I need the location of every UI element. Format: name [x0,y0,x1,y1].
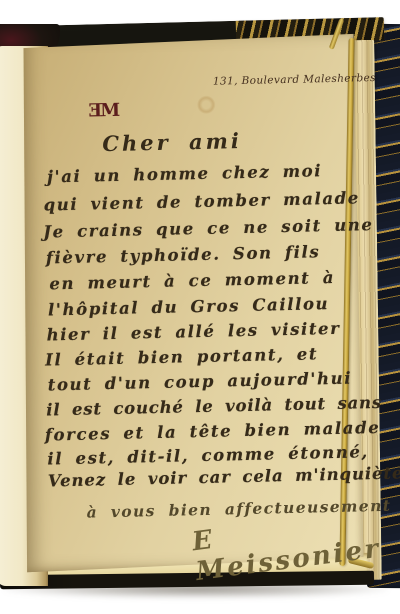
paper-stain [197,96,215,114]
book-photo: 131, Boulevard Malesherbes ƎM Cher ami j… [0,0,400,614]
letter-page [18,32,363,573]
